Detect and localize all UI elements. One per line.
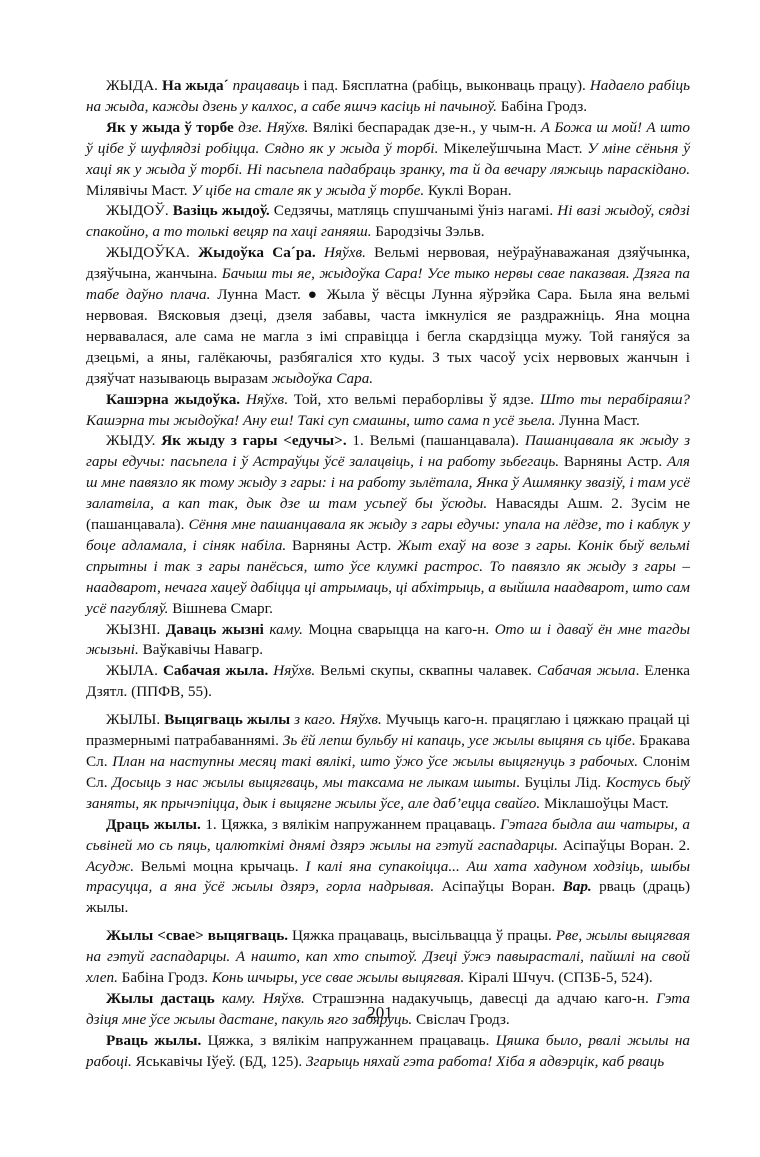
headword: Жылы <свае> выцягваць. <box>106 927 288 944</box>
headword: Выцягваць жылы <box>164 711 290 728</box>
italic-text: Конь шчыры, усе свае жылы выцягвая. <box>212 969 465 986</box>
text-run: Цяжка працаваць, высільвацца ў працы. <box>288 927 556 944</box>
headword: Вазіць жыдоў. <box>173 202 270 219</box>
headword: Рваць жылы. <box>106 1032 201 1049</box>
headword: Драць жылы. <box>106 816 201 833</box>
headword: Як у жыда ў торбе <box>106 119 234 136</box>
text-run: . Буцілы Лід. <box>516 774 606 791</box>
italic-text: з каго. Няўхв. <box>290 711 382 728</box>
text-run: Міклашоўцы Маст. <box>540 795 669 812</box>
text-run: Вішнева Смарг. <box>168 600 273 617</box>
text-run: Варняны Астр. <box>286 537 397 554</box>
text-run: ЖЫДОЎ. <box>106 202 173 219</box>
italic-text: Няўхв <box>240 391 284 408</box>
text-run: Яськавічы Іўеў. (БД, 125). <box>132 1053 306 1070</box>
dictionary-page: ЖЫДА. На жыда´ працаваць і пад. Бясплатн… <box>86 76 690 1073</box>
text-run: Лунна Маст. <box>555 412 639 429</box>
headword: Даваць жызні <box>166 621 264 638</box>
italic-text: дзе. Няўхв. <box>234 119 309 136</box>
text-run: Вельмі скупы, сквапны чалавек. <box>315 662 537 679</box>
text-run: Вельмі моцна крычаць. <box>134 858 305 875</box>
dictionary-entry-paragraph: ЖЫДА. На жыда´ працаваць і пад. Бясплатн… <box>86 76 690 118</box>
italic-text: Асудж. <box>86 858 134 875</box>
text-run: ЖЫЗНІ. <box>106 621 166 638</box>
text-run: і пад. Бясплатна (рабіць, выконваць прац… <box>299 77 589 94</box>
text-run: Бародзічы Зэльв. <box>372 223 485 240</box>
text-run: Асіпаўцы Воран. <box>434 878 562 895</box>
headword: Як жыду з гары <едучы>. <box>161 432 346 449</box>
text-run: . Той, хто вельмі пераборлівы ў ядзе. <box>284 391 540 408</box>
dictionary-entry-paragraph: ЖЫЗНІ. Даваць жызні каму. Моцна сварыцца… <box>86 620 690 662</box>
italic-text: Няўхв. <box>316 244 366 261</box>
italic-text: Сабачая жыла <box>537 662 636 679</box>
italic-text: Згарыць няхай гэта работа! Хіба я адвэрц… <box>306 1053 664 1070</box>
text-run: ЖЫЛА. <box>106 662 163 679</box>
italic-text: Вар. <box>563 878 592 895</box>
text-run: Цяжка, з вялікім напружаннем працаваць. <box>201 1032 495 1049</box>
italic-text: У цібе на стале як у жыда ў торбе. <box>191 182 424 199</box>
dictionary-entry-paragraph: Кашэрна жыдоўка. Няўхв. Той, хто вельмі … <box>86 390 690 432</box>
dictionary-entry-paragraph: ЖЫЛЫ. Выцягваць жылы з каго. Няўхв. Мучы… <box>86 710 690 815</box>
headword: На жыда´ <box>162 77 233 94</box>
text-run: Бабіна Гродз. <box>497 98 587 115</box>
text-run: Мілявічы Маст. <box>86 182 191 199</box>
text-run: Бабіна Гродз. <box>118 969 212 986</box>
headword: Сабачая жыла. <box>163 662 268 679</box>
italic-text: Няўхв. <box>268 662 315 679</box>
text-run: Моцна сварыцца на каго-н. <box>303 621 495 638</box>
text-run: Ваўкавічы Навагр. <box>139 641 263 658</box>
text-run: 1. Цяжка, з вялікім напружаннем працавац… <box>201 816 500 833</box>
text-run: Куклі Воран. <box>424 182 511 199</box>
text-run: ЖЫДОЎКА. <box>106 244 198 261</box>
page-number: 201 <box>0 1003 760 1023</box>
text-run: Асіпаўцы Воран. 2. <box>558 837 690 854</box>
text-run: ЖЫДУ. <box>106 432 161 449</box>
italic-text: План на наступны месяц такі вялікі, што … <box>112 753 638 770</box>
headword: Кашэрна жыдоўка. <box>106 391 240 408</box>
text-run: Вялікі беспарадак дзе-н., у чым-н. <box>308 119 540 136</box>
text-run: Варняны Астр. <box>559 453 667 470</box>
italic-text: працаваць <box>233 77 300 94</box>
italic-text: каму. <box>264 621 303 638</box>
dictionary-entry-paragraph: ЖЫДОЎКА. Жыдоўка Са´ра. Няўхв. Вельмі не… <box>86 243 690 389</box>
dictionary-entry-paragraph: Рваць жылы. Цяжка, з вялікім напружаннем… <box>86 1031 690 1073</box>
text-run: ЖЫДА. <box>106 77 162 94</box>
italic-text: Досыць з нас жылы выцягваць, мы таксама … <box>112 774 516 791</box>
text-run: ЖЫЛЫ. <box>106 711 164 728</box>
dictionary-entry-paragraph: ЖЫЛА. Сабачая жыла. Няўхв. Вельмі скупы,… <box>86 661 690 703</box>
text-run: 1. Вельмі (пашанцавала). <box>347 432 525 449</box>
dictionary-entry-paragraph: Драць жылы. 1. Цяжка, з вялікім напружан… <box>86 815 690 920</box>
dictionary-entry-paragraph: ЖЫДОЎ. Вазіць жыдоў. Седзячы, матляць сп… <box>86 201 690 243</box>
headword: Жыдоўка Са´ра. <box>198 244 316 261</box>
dictionary-entry-paragraph: ЖЫДУ. Як жыду з гары <едучы>. 1. Вельмі … <box>86 431 690 619</box>
text-run: Кіралі Шчуч. (СПЗБ-5, 524). <box>464 969 652 986</box>
dictionary-entry-paragraph: Жылы <свае> выцягваць. Цяжка працаваць, … <box>86 926 690 989</box>
italic-text: Зь ёй лепш бульбу ні капаць, усе жылы вы… <box>283 732 632 749</box>
text-run: Седзячы, матляць спушчанымі ўніз нагамі. <box>270 202 558 219</box>
italic-text: жыдоўка Сара. <box>272 370 373 387</box>
text-run: Мікелеўшчына Маст. <box>438 140 587 157</box>
dictionary-entry-paragraph: Як у жыда ў торбе дзе. Няўхв. Вялікі бес… <box>86 118 690 202</box>
